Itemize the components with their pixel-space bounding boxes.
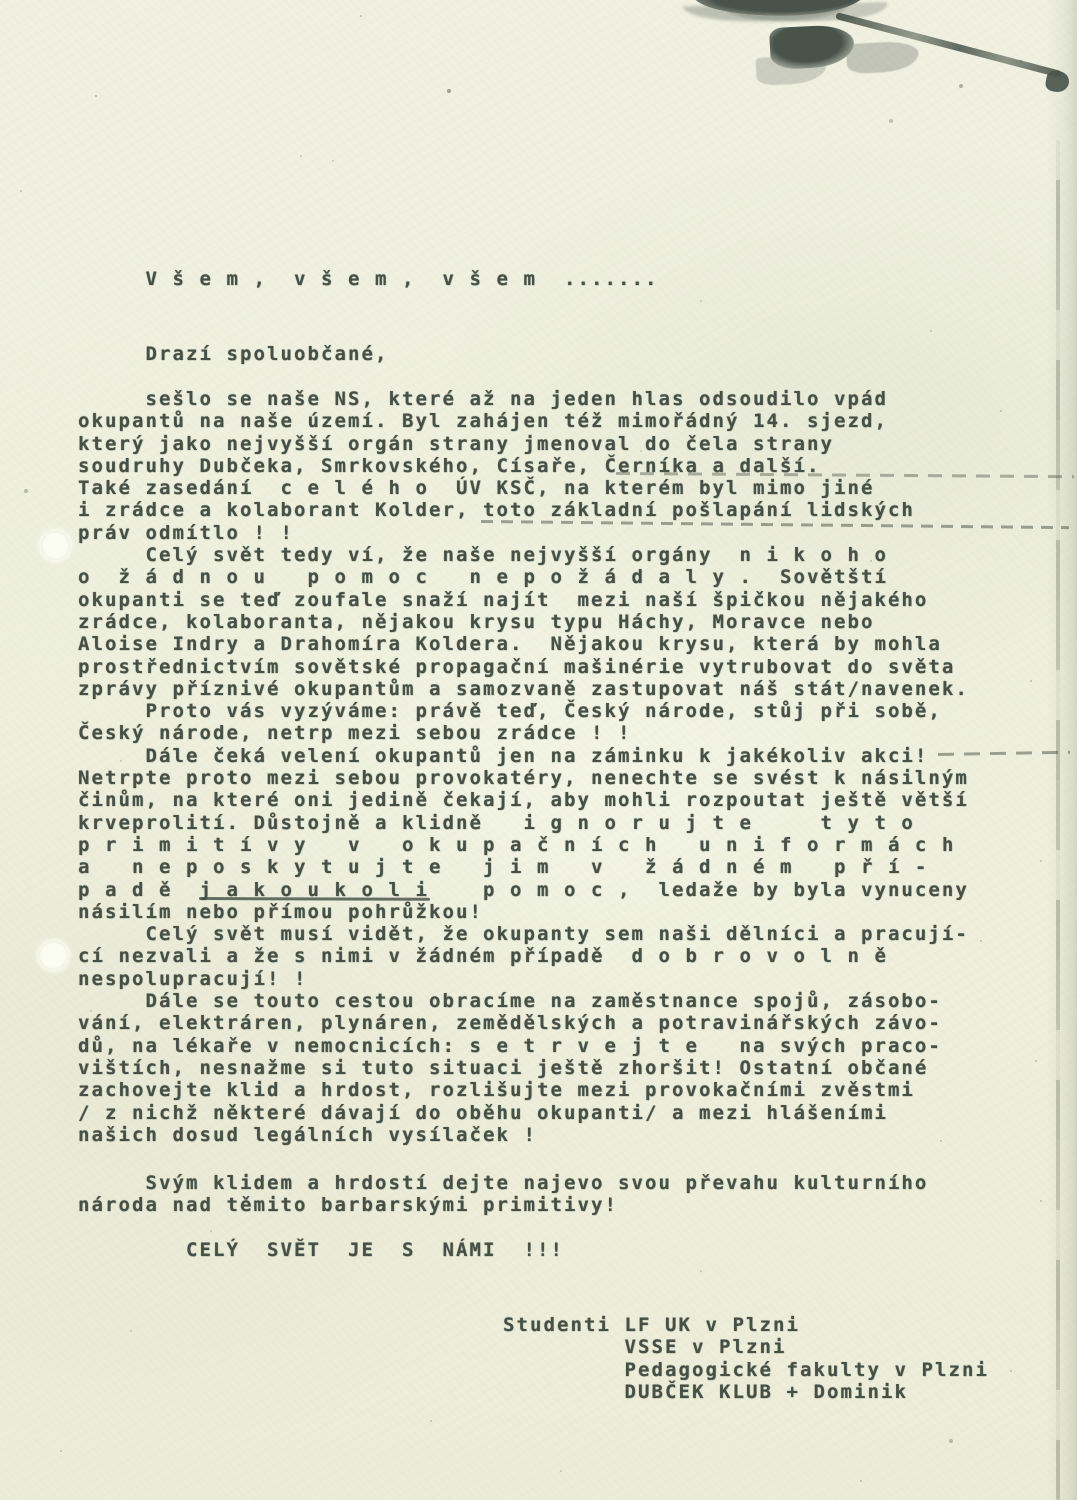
letter-slogan: CELÝ SVĚT JE S NÁMI !!! (78, 1239, 564, 1261)
scanned-letter-page: V š e m , v š e m , v š e m ....... Draz… (0, 0, 1077, 1500)
letter-heading: V š e m , v š e m , v š e m ....... (78, 268, 658, 290)
hole-punch-top (41, 531, 70, 560)
hole-punch-bottom (39, 941, 68, 970)
letter-signatures: Studenti LF UK v Plzni VSSE v Plzni Peda… (503, 1314, 989, 1403)
right-edge-streak (1056, 140, 1060, 1500)
letter-closing: Svým klidem a hrdostí dejte najevo svou … (78, 1172, 928, 1217)
paper-speckles (0, 0, 2, 2)
letter-body: sešlo se naše NS, které až na jeden hlas… (78, 388, 969, 1146)
letter-salutation: Drazí spoluobčané, (78, 343, 388, 365)
